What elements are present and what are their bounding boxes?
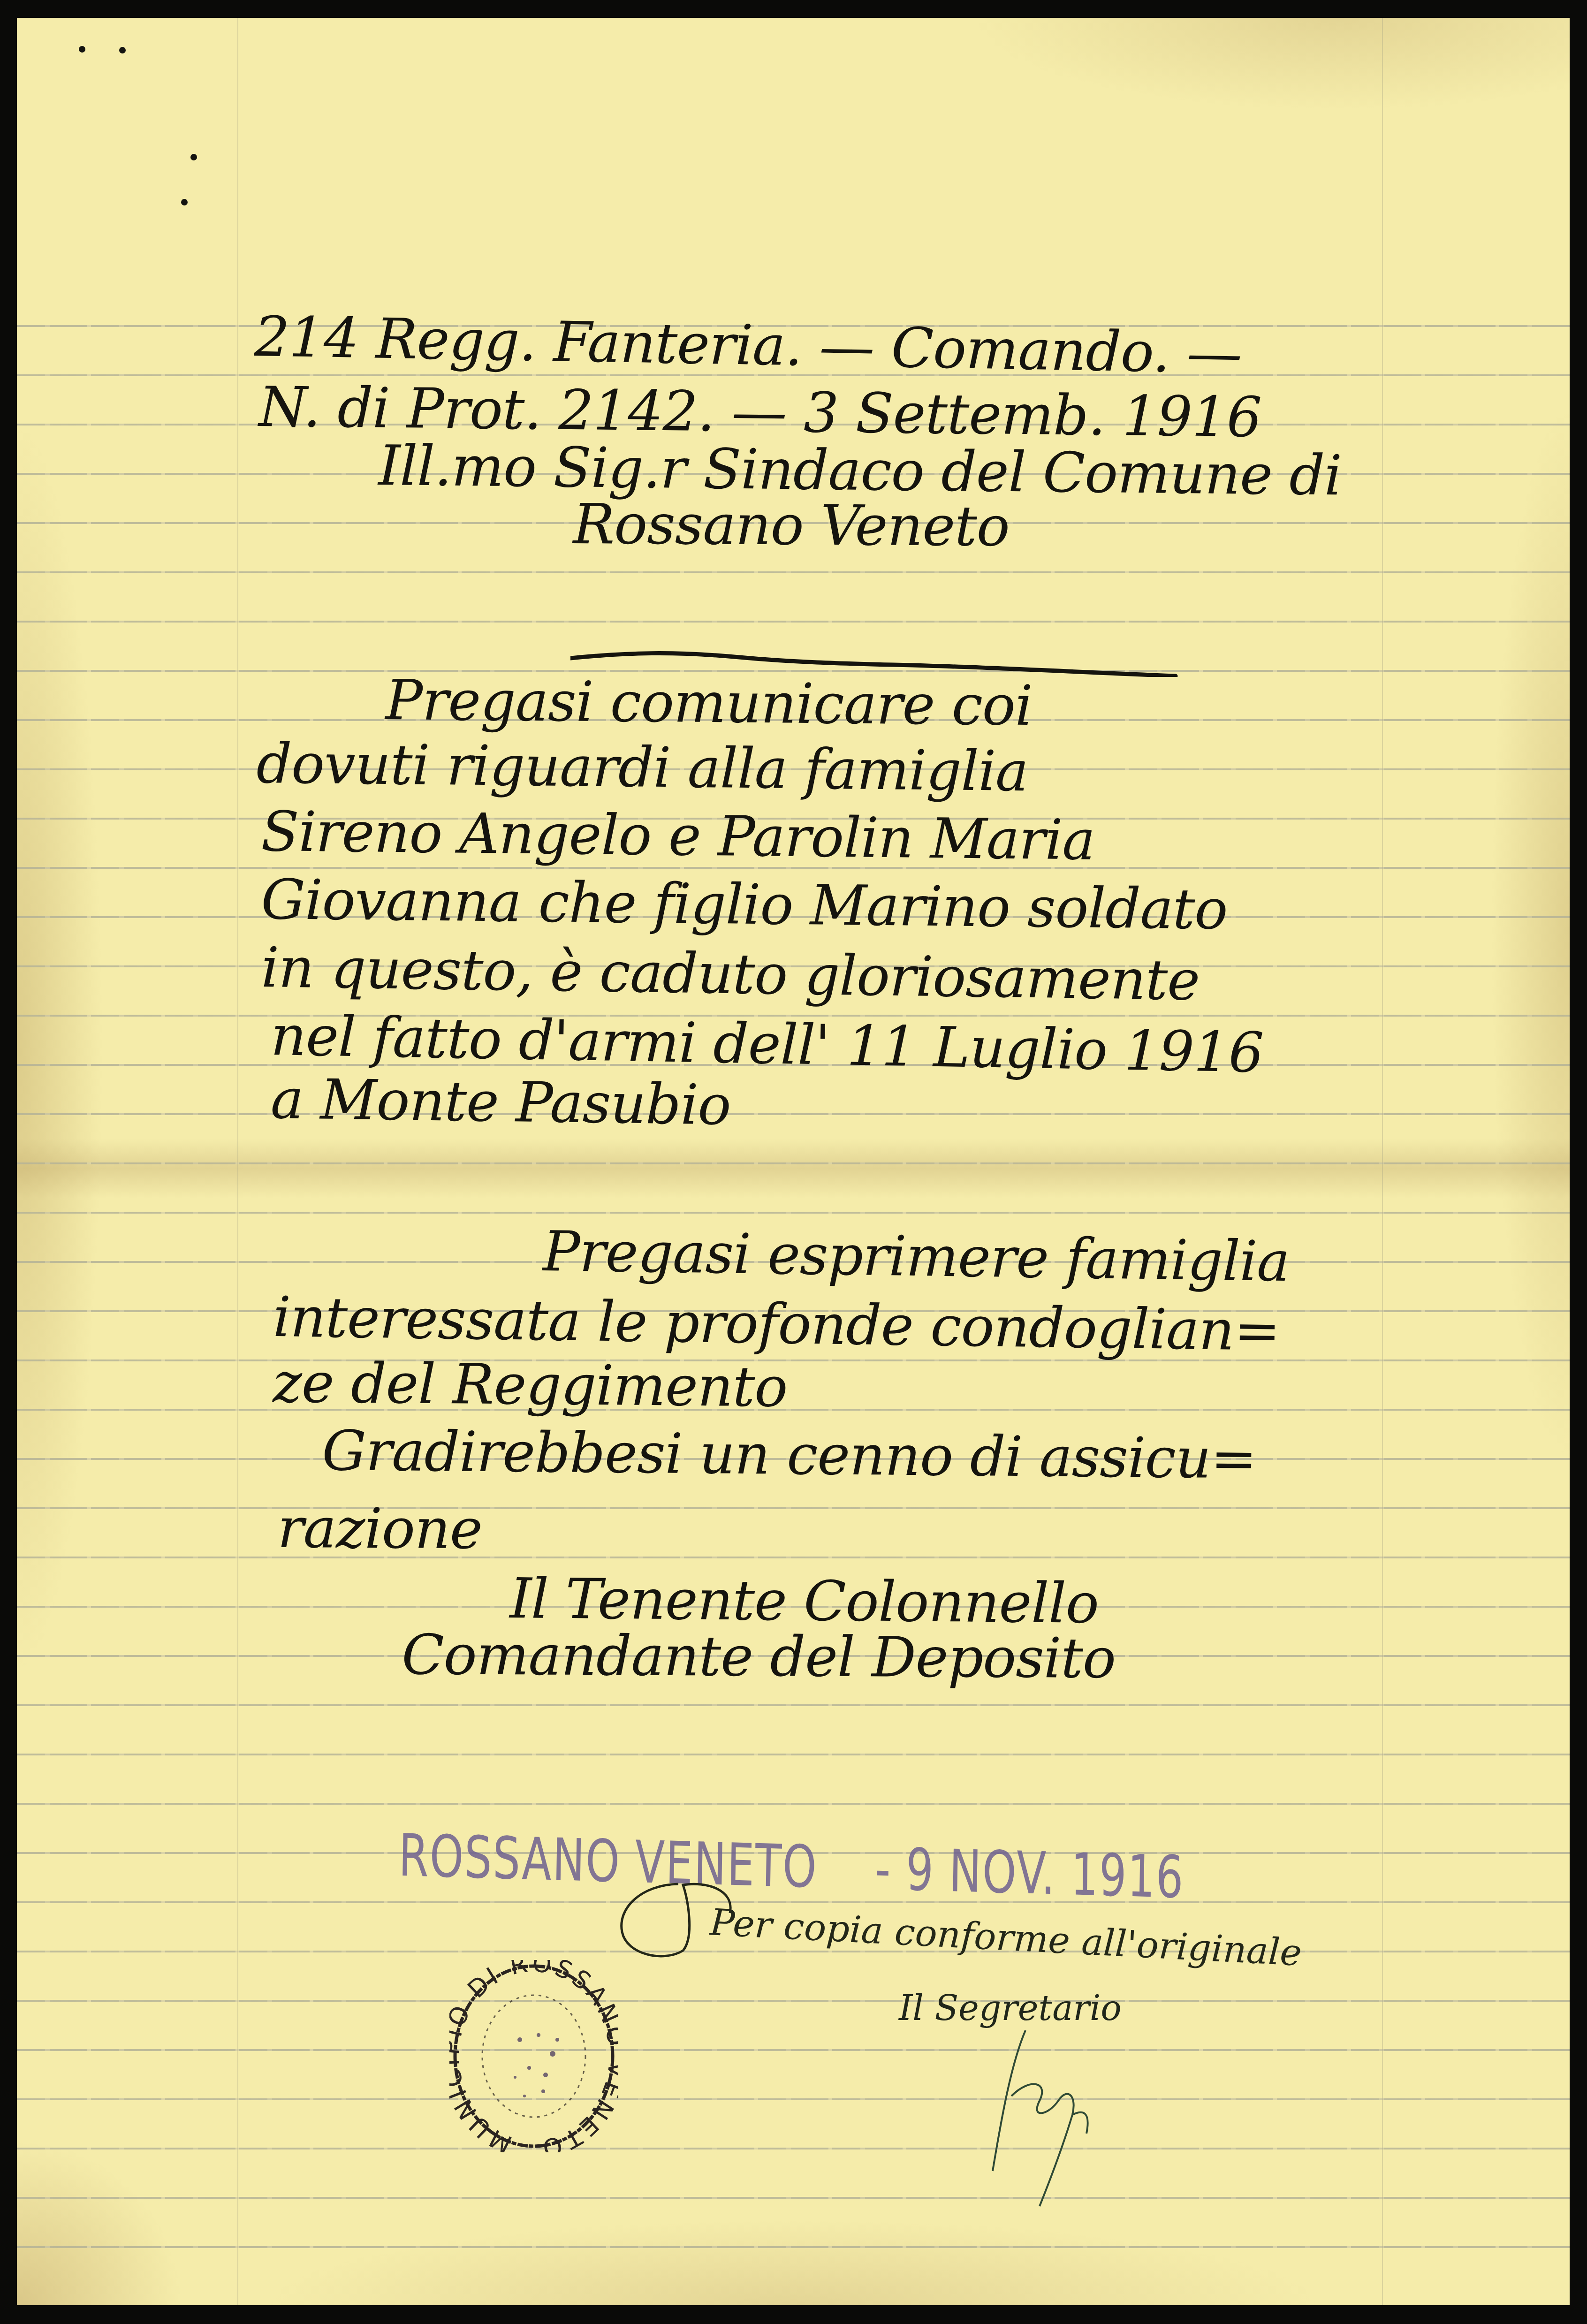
body-line: razione — [277, 1496, 482, 1561]
ruled-line — [17, 1162, 1570, 1164]
body-line: dovuti riguardi alla famiglia — [256, 731, 1028, 804]
ruled-line — [17, 2049, 1570, 2051]
ruled-line — [17, 2197, 1570, 2199]
ruled-line — [17, 1113, 1570, 1115]
ruled-line — [17, 621, 1570, 623]
stamp-date: - 9 NOV. 1916 — [874, 1835, 1185, 1912]
ruled-line — [17, 1754, 1570, 1755]
ruled-line — [17, 1507, 1570, 1509]
ruled-line — [17, 1409, 1570, 1411]
body-line: ze del Reggimento — [273, 1350, 788, 1420]
ruled-line — [17, 1951, 1570, 1952]
ruled-line — [17, 1212, 1570, 1214]
body-line: in questo, è caduto gloriosamente — [261, 935, 1200, 1013]
body-line: Gradirebbesi un cenno di assicu= — [322, 1418, 1257, 1491]
ink-dot — [79, 46, 85, 53]
ruled-line — [17, 2000, 1570, 2002]
date-stamp: ROSSANO VENETO - 9 NOV. 1916 — [398, 1822, 1185, 1912]
ink-dot — [119, 47, 126, 53]
ruled-line — [17, 2098, 1570, 2100]
secretary-signature — [983, 2021, 1105, 2209]
body-line: Pregasi esprimere famiglia — [542, 1219, 1290, 1294]
svg-text:MUNICIPIO DI ROSSANO VENETO: MUNICIPIO DI ROSSANO VENETO — [449, 1960, 618, 2152]
municipal-seal: MUNICIPIO DI ROSSANO VENETO — [449, 1960, 618, 2152]
ink-dot — [181, 199, 188, 205]
ink-dot — [190, 154, 197, 160]
certification-note: Per copia conforme all'originale — [709, 1901, 1303, 1975]
closing-title: Comandante del Deposito — [402, 1622, 1116, 1691]
margin-line — [1382, 18, 1383, 2305]
ruled-line — [17, 1359, 1570, 1361]
ruled-line — [17, 2148, 1570, 2149]
ruled-line — [17, 2246, 1570, 2248]
ruled-line — [17, 1901, 1570, 1903]
body-line: Giovanna che figlio Marino soldato — [261, 867, 1228, 942]
regiment-header: 214 Regg. Fanteria. — Comando. — — [254, 304, 1242, 386]
addressee-town: Rossano Veneto — [573, 492, 1010, 559]
ruled-line — [17, 1557, 1570, 1558]
document-page: 214 Regg. Fanteria. — Comando. — N. di P… — [17, 18, 1570, 2305]
ruled-line — [17, 571, 1570, 573]
body-line: a Monte Pasubio — [270, 1066, 731, 1138]
margin-line — [237, 18, 238, 2305]
body-line: Pregasi comunicare coi — [385, 668, 1033, 738]
body-line: Sireno Angelo e Parolin Maria — [261, 799, 1095, 873]
ruled-line — [17, 1704, 1570, 1706]
seal-text: MUNICIPIO DI ROSSANO VENETO — [449, 1960, 618, 2152]
ruled-line — [17, 1803, 1570, 1805]
